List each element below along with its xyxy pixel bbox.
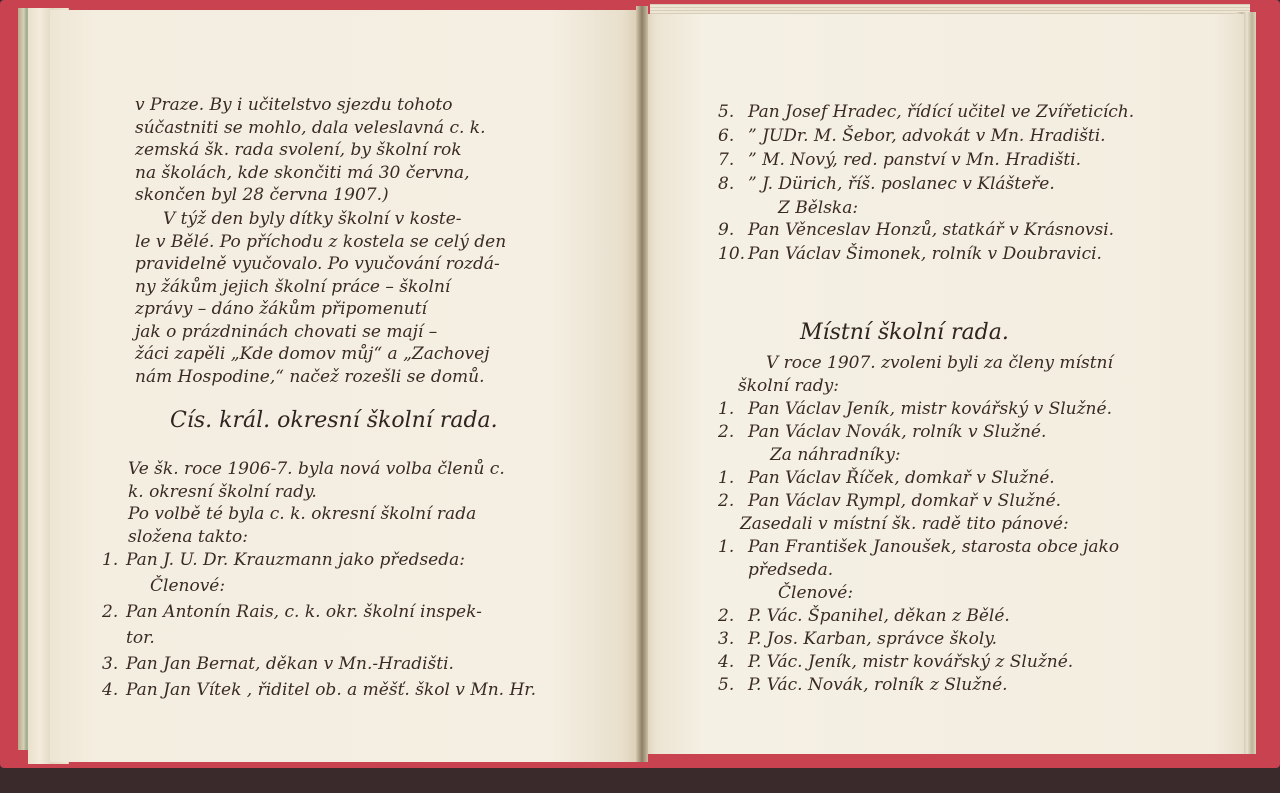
text-line: V roce 1907. zvoleni byli za členy místn… [738,352,1113,375]
substitutes-subheading: Za náhradníky: [718,444,1119,467]
list-item: 8.” J. Dürich, říš. poslanec v Klášteře. [718,172,1134,196]
text-line: Ve šk. roce 1906-7. byla nová volba člen… [128,458,505,481]
list-item: 2.P. Vác. Španihel, děkan z Bělé. [718,605,1119,628]
list-item: 3.P. Jos. Karban, správce školy. [718,628,1119,651]
belsko-subheading: Z Bělska: [718,196,1134,218]
list-item: 10.Pan Václav Šimonek, rolník v Doubravi… [718,242,1134,266]
list-item: 3.Pan Jan Bernat, děkan v Mn.-Hradišti. [102,652,536,678]
left-section-heading: Cís. král. okresní školní rada. [170,410,498,433]
text-line: zemská šk. rada svolení, by školní rok [135,139,486,162]
text-line: V týž den byly dítky školní v koste- [135,208,506,231]
left-paragraph-2: V týž den byly dítky školní v koste- le … [135,208,506,388]
text-line: k. okresní školní rady. [128,481,505,504]
list-item-continuation: předseda. [718,559,1119,582]
text-line: le v Bělé. Po příchodu z kostela se celý… [135,231,506,254]
list-item: 4.Pan Jan Vítek , řiditel ob. a měšť. šk… [102,678,536,704]
session-intro: Zasedali v místní šk. radě tito pánové: [718,513,1119,536]
text-line: složena takto: [128,526,505,549]
right-section-heading: Místní školní rada. [800,322,1009,345]
text-line: nám Hospodine,“ načež rozešli se domů. [135,366,506,389]
list-item: 1.Pan J. U. Dr. Krauzmann jako předseda: [102,548,536,574]
text-line: Po volbě té byla c. k. okresní školní ra… [128,503,505,526]
members-subheading: Členové: [718,582,1119,605]
text-line: školní rady: [738,375,1113,398]
text-line: súčastniti se mohlo, dala veleslavná c. … [135,117,486,140]
text-line: ny žákům jejich školní práce – školní [135,276,506,299]
text-line: skončen byl 28 června 1907.) [135,184,486,207]
right-members-continued: 5.Pan Josef Hradec, řídící učitel ve Zví… [718,100,1134,266]
list-item: 6.” JUDr. M. Šebor, advokát v Mn. Hradiš… [718,124,1134,148]
left-members-list: 1.Pan J. U. Dr. Krauzmann jako předseda:… [102,548,536,704]
text-line: na školách, kde skončiti má 30 června, [135,162,486,185]
list-item: 1.Pan Václav Jeník, mistr kovářský v Slu… [718,398,1119,421]
list-item: 2.Pan Václav Rympl, domkař v Služné. [718,490,1119,513]
list-item: 2.Pan Antonín Rais, c. k. okr. školní in… [102,600,536,626]
text-line: pravidelně vyučovalo. Po vyučování rozdá… [135,253,506,276]
list-item: 5.Pan Josef Hradec, řídící učitel ve Zví… [718,100,1134,124]
list-item: 5.P. Vác. Novák, rolník z Služné. [718,674,1119,697]
right-intro: V roce 1907. zvoleni byli za členy místn… [738,352,1113,397]
list-item: 1.Pan Václav Říček, domkař v Služné. [718,467,1119,490]
text-line: jak o prázdninách chovati se mají – [135,321,506,344]
list-item: 9.Pan Věnceslav Honzů, statkář v Krásnov… [718,218,1134,242]
book-gutter [636,6,648,762]
text-line: v Praze. By i učitelstvo sjezdu tohoto [135,94,486,117]
text-line: žáci zapěli „Kde domov můj“ a „Zachovej [135,343,506,366]
list-item: 2.Pan Václav Novák, rolník v Služné. [718,421,1119,444]
left-paragraph-1: v Praze. By i učitelstvo sjezdu tohoto s… [135,94,486,207]
list-item: 1.Pan František Janoušek, starosta obce … [718,536,1119,559]
text-line: zprávy – dáno žákům připomenutí [135,298,506,321]
list-item: 7.” M. Nový, red. panství v Mn. Hradišti… [718,148,1134,172]
members-subheading: Členové: [102,574,536,600]
left-paragraph-3: Ve šk. roce 1906-7. byla nová volba člen… [128,458,505,548]
list-item-continuation: tor. [102,626,536,652]
list-item: 4.P. Vác. Jeník, mistr kovářský z Služné… [718,651,1119,674]
right-council-list: 1.Pan Václav Jeník, mistr kovářský v Slu… [718,398,1119,697]
